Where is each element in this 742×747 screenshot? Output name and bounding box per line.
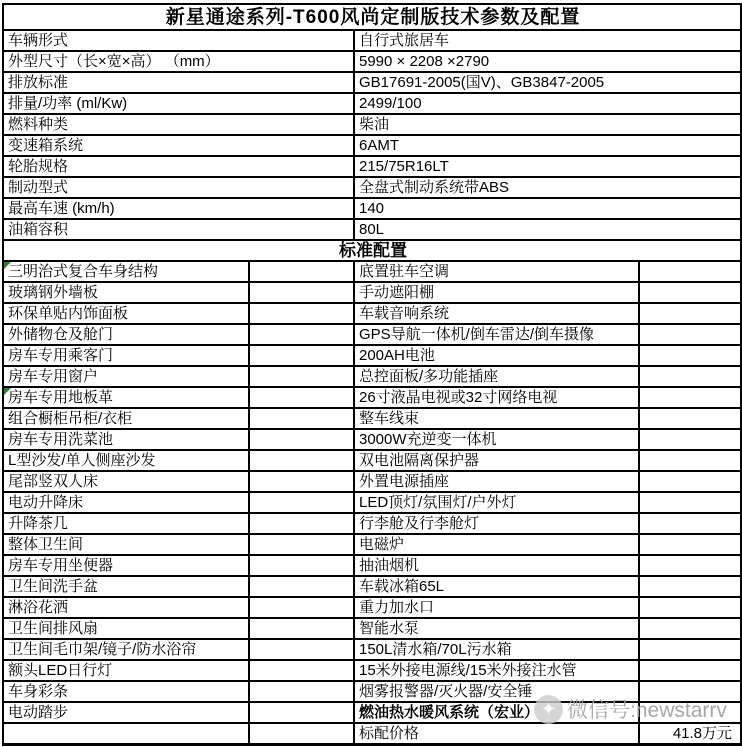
spec-value: 2499/100 [354, 93, 741, 114]
config-price-cell [639, 408, 741, 429]
spec-value: 140 [354, 198, 741, 219]
config-left-check-cell [249, 723, 354, 745]
config-left-check-cell [249, 597, 354, 618]
spec-value: 自行式旅居车 [354, 30, 741, 51]
config-row: 升降茶几行李舱及行李舱灯 [3, 513, 741, 534]
config-row: 外储物仓及舱门GPS导航一体机/倒车雷达/倒车摄像 [3, 324, 741, 345]
config-row: 玻璃钢外墙板手动遮阳棚 [3, 282, 741, 303]
config-left-check-cell [249, 324, 354, 345]
config-price-cell [639, 534, 741, 555]
config-left-item: 淋浴花洒 [3, 597, 249, 618]
config-left-item: 房车专用窗户 [3, 366, 249, 387]
config-price-cell [639, 345, 741, 366]
config-right-item: 电磁炉 [354, 534, 639, 555]
config-row: 房车专用坐便器抽油烟机 [3, 555, 741, 576]
config-row: 三明治式复合车身结构底置驻车空调 [3, 261, 741, 282]
spec-label: 轮胎规格 [3, 156, 354, 177]
spec-value: 柴油 [354, 114, 741, 135]
config-price-cell [639, 660, 741, 681]
config-row: 卫生间洗手盆车载冰箱65L [3, 576, 741, 597]
config-right-item: 总控面板/多功能插座 [354, 366, 639, 387]
config-row: 组合橱柜吊柜/衣柜整车线束 [3, 408, 741, 429]
config-price-cell [639, 492, 741, 513]
config-left-item: 升降茶几 [3, 513, 249, 534]
config-left-item: 整体卫生间 [3, 534, 249, 555]
config-price-cell [639, 429, 741, 450]
config-price-cell [639, 282, 741, 303]
config-left-item: 房车专用洗菜池 [3, 429, 249, 450]
config-row: 电动踏步燃油热水暖风系统（宏业） [3, 702, 741, 723]
config-left-item: 房车专用乘客门 [3, 345, 249, 366]
spec-label: 车辆形式 [3, 30, 354, 51]
config-right-item: 抽油烟机 [354, 555, 639, 576]
config-right-item: 手动遮阳棚 [354, 282, 639, 303]
config-right-item: 外置电源插座 [354, 471, 639, 492]
spec-row: 制动型式全盘式制动系统带ABS [3, 177, 741, 198]
config-left-check-cell [249, 555, 354, 576]
spec-row: 外型尺寸（长×宽×高） （mm）5990 × 2208 ×2790 [3, 51, 741, 72]
config-row: 房车专用乘客门200AH电池 [3, 345, 741, 366]
spec-value: 全盘式制动系统带ABS [354, 177, 741, 198]
config-right-item: 车载音响系统 [354, 303, 639, 324]
config-left-check-cell [249, 366, 354, 387]
config-section-title: 标准配置 [3, 240, 741, 261]
config-left-item: 环保单贴内饰面板 [3, 303, 249, 324]
spec-value: 215/75R16LT [354, 156, 741, 177]
config-left-item: 房车专用坐便器 [3, 555, 249, 576]
config-left-check-cell [249, 660, 354, 681]
spec-value: 80L [354, 219, 741, 240]
price-row: 标配价格41.8万元 [3, 723, 741, 745]
config-section-header-row: 标准配置 [3, 240, 741, 261]
config-left-check-cell [249, 345, 354, 366]
config-price-cell [639, 324, 741, 345]
config-left-check-cell [249, 513, 354, 534]
config-price-cell [639, 303, 741, 324]
config-left-check-cell [249, 681, 354, 702]
config-left-item: 额头LED日行灯 [3, 660, 249, 681]
config-left-check-cell [249, 408, 354, 429]
config-right-item: 15米外接电源线/15米外接注水管 [354, 660, 639, 681]
config-right-item: 智能水泵 [354, 618, 639, 639]
config-left-check-cell [249, 576, 354, 597]
config-row: 卫生间排风扇智能水泵 [3, 618, 741, 639]
price-label: 标配价格 [354, 723, 639, 745]
config-row: 整体卫生间电磁炉 [3, 534, 741, 555]
spec-row: 排量/功率 (ml/Kw)2499/100 [3, 93, 741, 114]
config-left-item: 电动踏步 [3, 702, 249, 723]
config-left-item: 三明治式复合车身结构 [3, 261, 249, 282]
config-row: 尾部竖双人床外置电源插座 [3, 471, 741, 492]
spec-row: 排放标准GB17691-2005(国V)、GB3847-2005 [3, 72, 741, 93]
config-left-item: 卫生间毛巾架/镜子/防水浴帘 [3, 639, 249, 660]
config-left-check-cell [249, 261, 354, 282]
config-right-item: 150L清水箱/70L污水箱 [354, 639, 639, 660]
config-right-item: 行李舱及行李舱灯 [354, 513, 639, 534]
config-left-check-cell [249, 534, 354, 555]
config-row: 环保单贴内饰面板车载音响系统 [3, 303, 741, 324]
config-left-item: 外储物仓及舱门 [3, 324, 249, 345]
price-value: 41.8万元 [639, 723, 741, 745]
config-price-cell [639, 513, 741, 534]
config-price-cell [639, 639, 741, 660]
config-left-check-cell [249, 639, 354, 660]
spec-label: 排量/功率 (ml/Kw) [3, 93, 354, 114]
config-left-check-cell [249, 618, 354, 639]
config-left-check-cell [249, 429, 354, 450]
config-right-item: 200AH电池 [354, 345, 639, 366]
config-left-check-cell [249, 387, 354, 408]
config-price-cell [639, 576, 741, 597]
spec-label: 变速箱系统 [3, 135, 354, 156]
config-row: 房车专用洗菜池3000W充逆变一体机 [3, 429, 741, 450]
config-right-item: 双电池隔离保护器 [354, 450, 639, 471]
config-left-item: 车身彩条 [3, 681, 249, 702]
config-left-item: 卫生间排风扇 [3, 618, 249, 639]
config-left-check-cell [249, 492, 354, 513]
config-left-item: 房车专用地板革 [3, 387, 249, 408]
spec-row: 变速箱系统6AMT [3, 135, 741, 156]
spec-label: 制动型式 [3, 177, 354, 198]
spec-row: 车辆形式自行式旅居车 [3, 30, 741, 51]
config-left-item: 尾部竖双人床 [3, 471, 249, 492]
config-left-check-cell [249, 471, 354, 492]
config-row: 房车专用地板革26寸液晶电视或32寸网络电视 [3, 387, 741, 408]
config-left-check-cell [249, 450, 354, 471]
config-price-cell [639, 702, 741, 723]
config-right-item: 整车线束 [354, 408, 639, 429]
spec-label: 最高车速 (km/h) [3, 198, 354, 219]
config-price-cell [639, 555, 741, 576]
config-row: 车身彩条烟雾报警器/灭火器/安全锤 [3, 681, 741, 702]
config-left-item: 卫生间洗手盆 [3, 576, 249, 597]
config-left-check-cell [249, 282, 354, 303]
config-right-item: LED顶灯/氛围灯/户外灯 [354, 492, 639, 513]
spec-value: GB17691-2005(国V)、GB3847-2005 [354, 72, 741, 93]
spec-label: 外型尺寸（长×宽×高） （mm） [3, 51, 354, 72]
config-right-item: 车载冰箱65L [354, 576, 639, 597]
config-row: 电动升降床LED顶灯/氛围灯/户外灯 [3, 492, 741, 513]
config-left-item [3, 723, 249, 745]
config-price-cell [639, 261, 741, 282]
table-title-row: 新星通途系列-T600风尚定制版技术参数及配置 [3, 4, 741, 30]
config-left-check-cell [249, 303, 354, 324]
config-right-item: 3000W充逆变一体机 [354, 429, 639, 450]
config-price-cell [639, 471, 741, 492]
config-row: 额头LED日行灯15米外接电源线/15米外接注水管 [3, 660, 741, 681]
config-left-item: L型沙发/单人侧座沙发 [3, 450, 249, 471]
config-row: 淋浴花洒重力加水口 [3, 597, 741, 618]
config-price-cell [639, 366, 741, 387]
spec-value: 5990 × 2208 ×2790 [354, 51, 741, 72]
spec-row: 燃料种类柴油 [3, 114, 741, 135]
config-right-item: 26寸液晶电视或32寸网络电视 [354, 387, 639, 408]
config-right-item: 燃油热水暖风系统（宏业） [354, 702, 639, 723]
config-row: L型沙发/单人侧座沙发双电池隔离保护器 [3, 450, 741, 471]
page-title: 新星通途系列-T600风尚定制版技术参数及配置 [3, 4, 741, 30]
config-row: 房车专用窗户总控面板/多功能插座 [3, 366, 741, 387]
spec-row: 最高车速 (km/h)140 [3, 198, 741, 219]
config-left-check-cell [249, 702, 354, 723]
spec-label: 燃料种类 [3, 114, 354, 135]
config-price-cell [639, 450, 741, 471]
config-price-cell [639, 681, 741, 702]
config-right-item: 烟雾报警器/灭火器/安全锤 [354, 681, 639, 702]
spec-value: 6AMT [354, 135, 741, 156]
config-left-item: 玻璃钢外墙板 [3, 282, 249, 303]
spec-table: 新星通途系列-T600风尚定制版技术参数及配置 车辆形式自行式旅居车 外型尺寸（… [2, 3, 742, 746]
spec-label: 油箱容积 [3, 219, 354, 240]
spec-row: 轮胎规格215/75R16LT [3, 156, 741, 177]
spec-sheet-page: 新星通途系列-T600风尚定制版技术参数及配置 车辆形式自行式旅居车 外型尺寸（… [0, 0, 742, 747]
config-price-cell [639, 618, 741, 639]
spec-label: 排放标准 [3, 72, 354, 93]
spec-row: 油箱容积80L [3, 219, 741, 240]
config-left-item: 组合橱柜吊柜/衣柜 [3, 408, 249, 429]
config-left-item: 电动升降床 [3, 492, 249, 513]
config-right-item: 重力加水口 [354, 597, 639, 618]
config-row: 卫生间毛巾架/镜子/防水浴帘150L清水箱/70L污水箱 [3, 639, 741, 660]
config-right-item: GPS导航一体机/倒车雷达/倒车摄像 [354, 324, 639, 345]
config-price-cell [639, 387, 741, 408]
config-price-cell [639, 597, 741, 618]
config-right-item: 底置驻车空调 [354, 261, 639, 282]
